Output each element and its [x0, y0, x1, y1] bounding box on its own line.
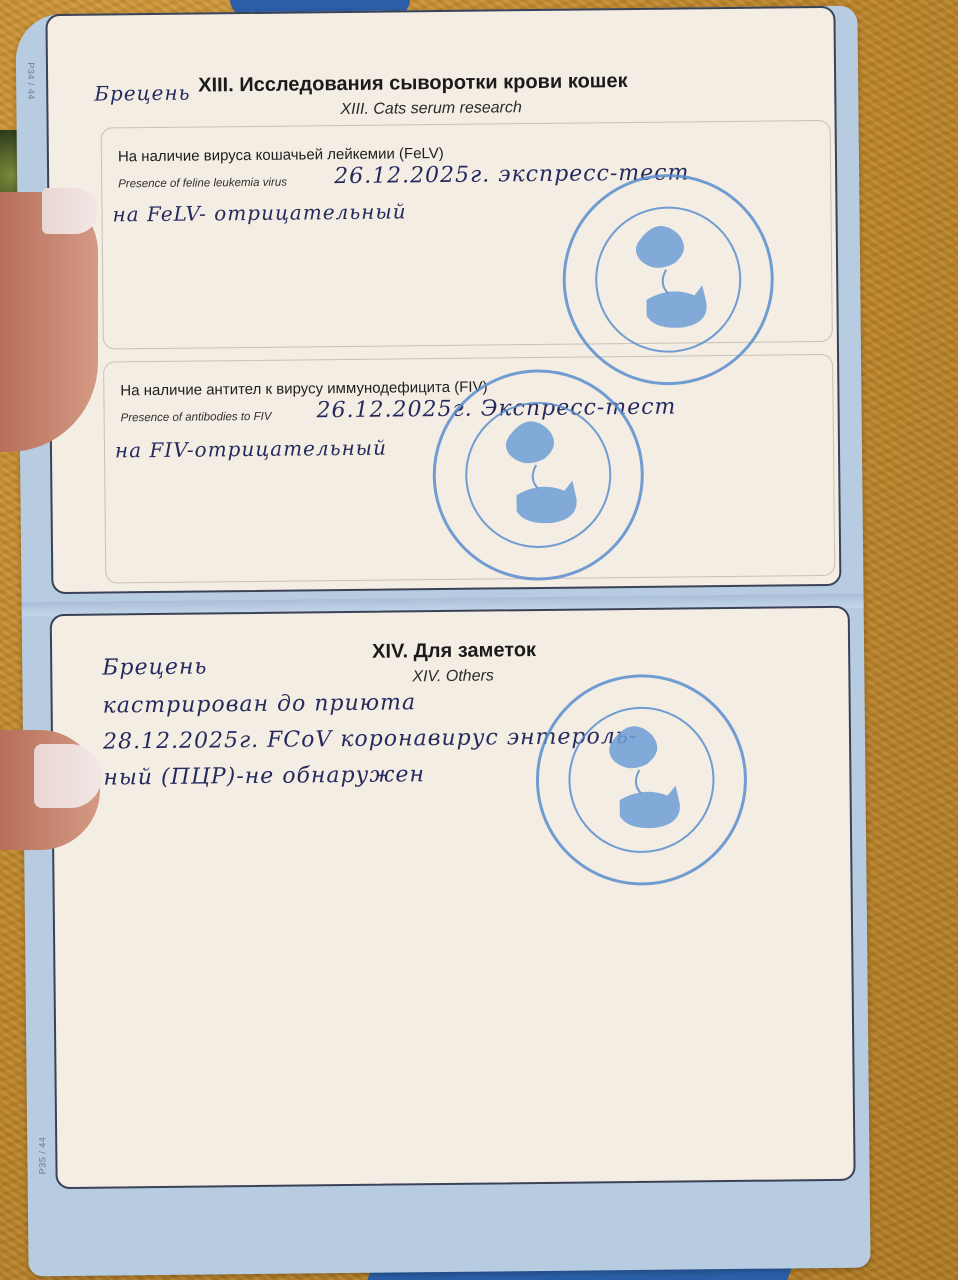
note-line-1: кастрирован до приюта: [103, 690, 417, 718]
fiv-label-en: Presence of antibodies to FIV: [121, 411, 272, 425]
section-title-xiv: XIV. Для заметок: [372, 639, 536, 664]
section-subtitle-xiv: XIV. Others: [412, 667, 494, 686]
org-stamp-2: [427, 364, 649, 586]
felv-result-line2: на FeLV- отрицательный: [112, 199, 406, 226]
felv-label-en: Presence of feline leukemia virus: [118, 177, 287, 191]
thumbnail: [42, 188, 98, 234]
section-title-xiii: XIII. Исследования сыворотки крови кошек: [198, 70, 628, 97]
org-stamp-1: [557, 168, 779, 390]
felv-label-ru: На наличие вируса кошачьей лейкемии (FeL…: [118, 145, 444, 165]
fiv-result-line2: на FIV-отрицательный: [115, 436, 387, 463]
note-line-3: ный (ПЦР)-не обнаружен: [103, 762, 425, 790]
page-serum-research: Брецень XIII. Исследования сыворотки кро…: [45, 6, 841, 594]
pet-passport: P34 / 44 P35 / 44 Брецень XIII. Исследов…: [15, 6, 870, 1277]
signature-top: Брецень: [94, 81, 190, 106]
page-number-top: P34 / 44: [26, 62, 36, 100]
section-subtitle-xiii: XIII. Cats serum research: [340, 99, 522, 119]
org-stamp-3: [530, 669, 752, 891]
page-notes: Брецень XIV. Для заметок XIV. Others кас…: [50, 606, 856, 1189]
page-number-bottom: P35 / 44: [37, 1137, 47, 1175]
signature-bottom: Брецень: [102, 654, 207, 680]
fingernail: [34, 744, 102, 808]
